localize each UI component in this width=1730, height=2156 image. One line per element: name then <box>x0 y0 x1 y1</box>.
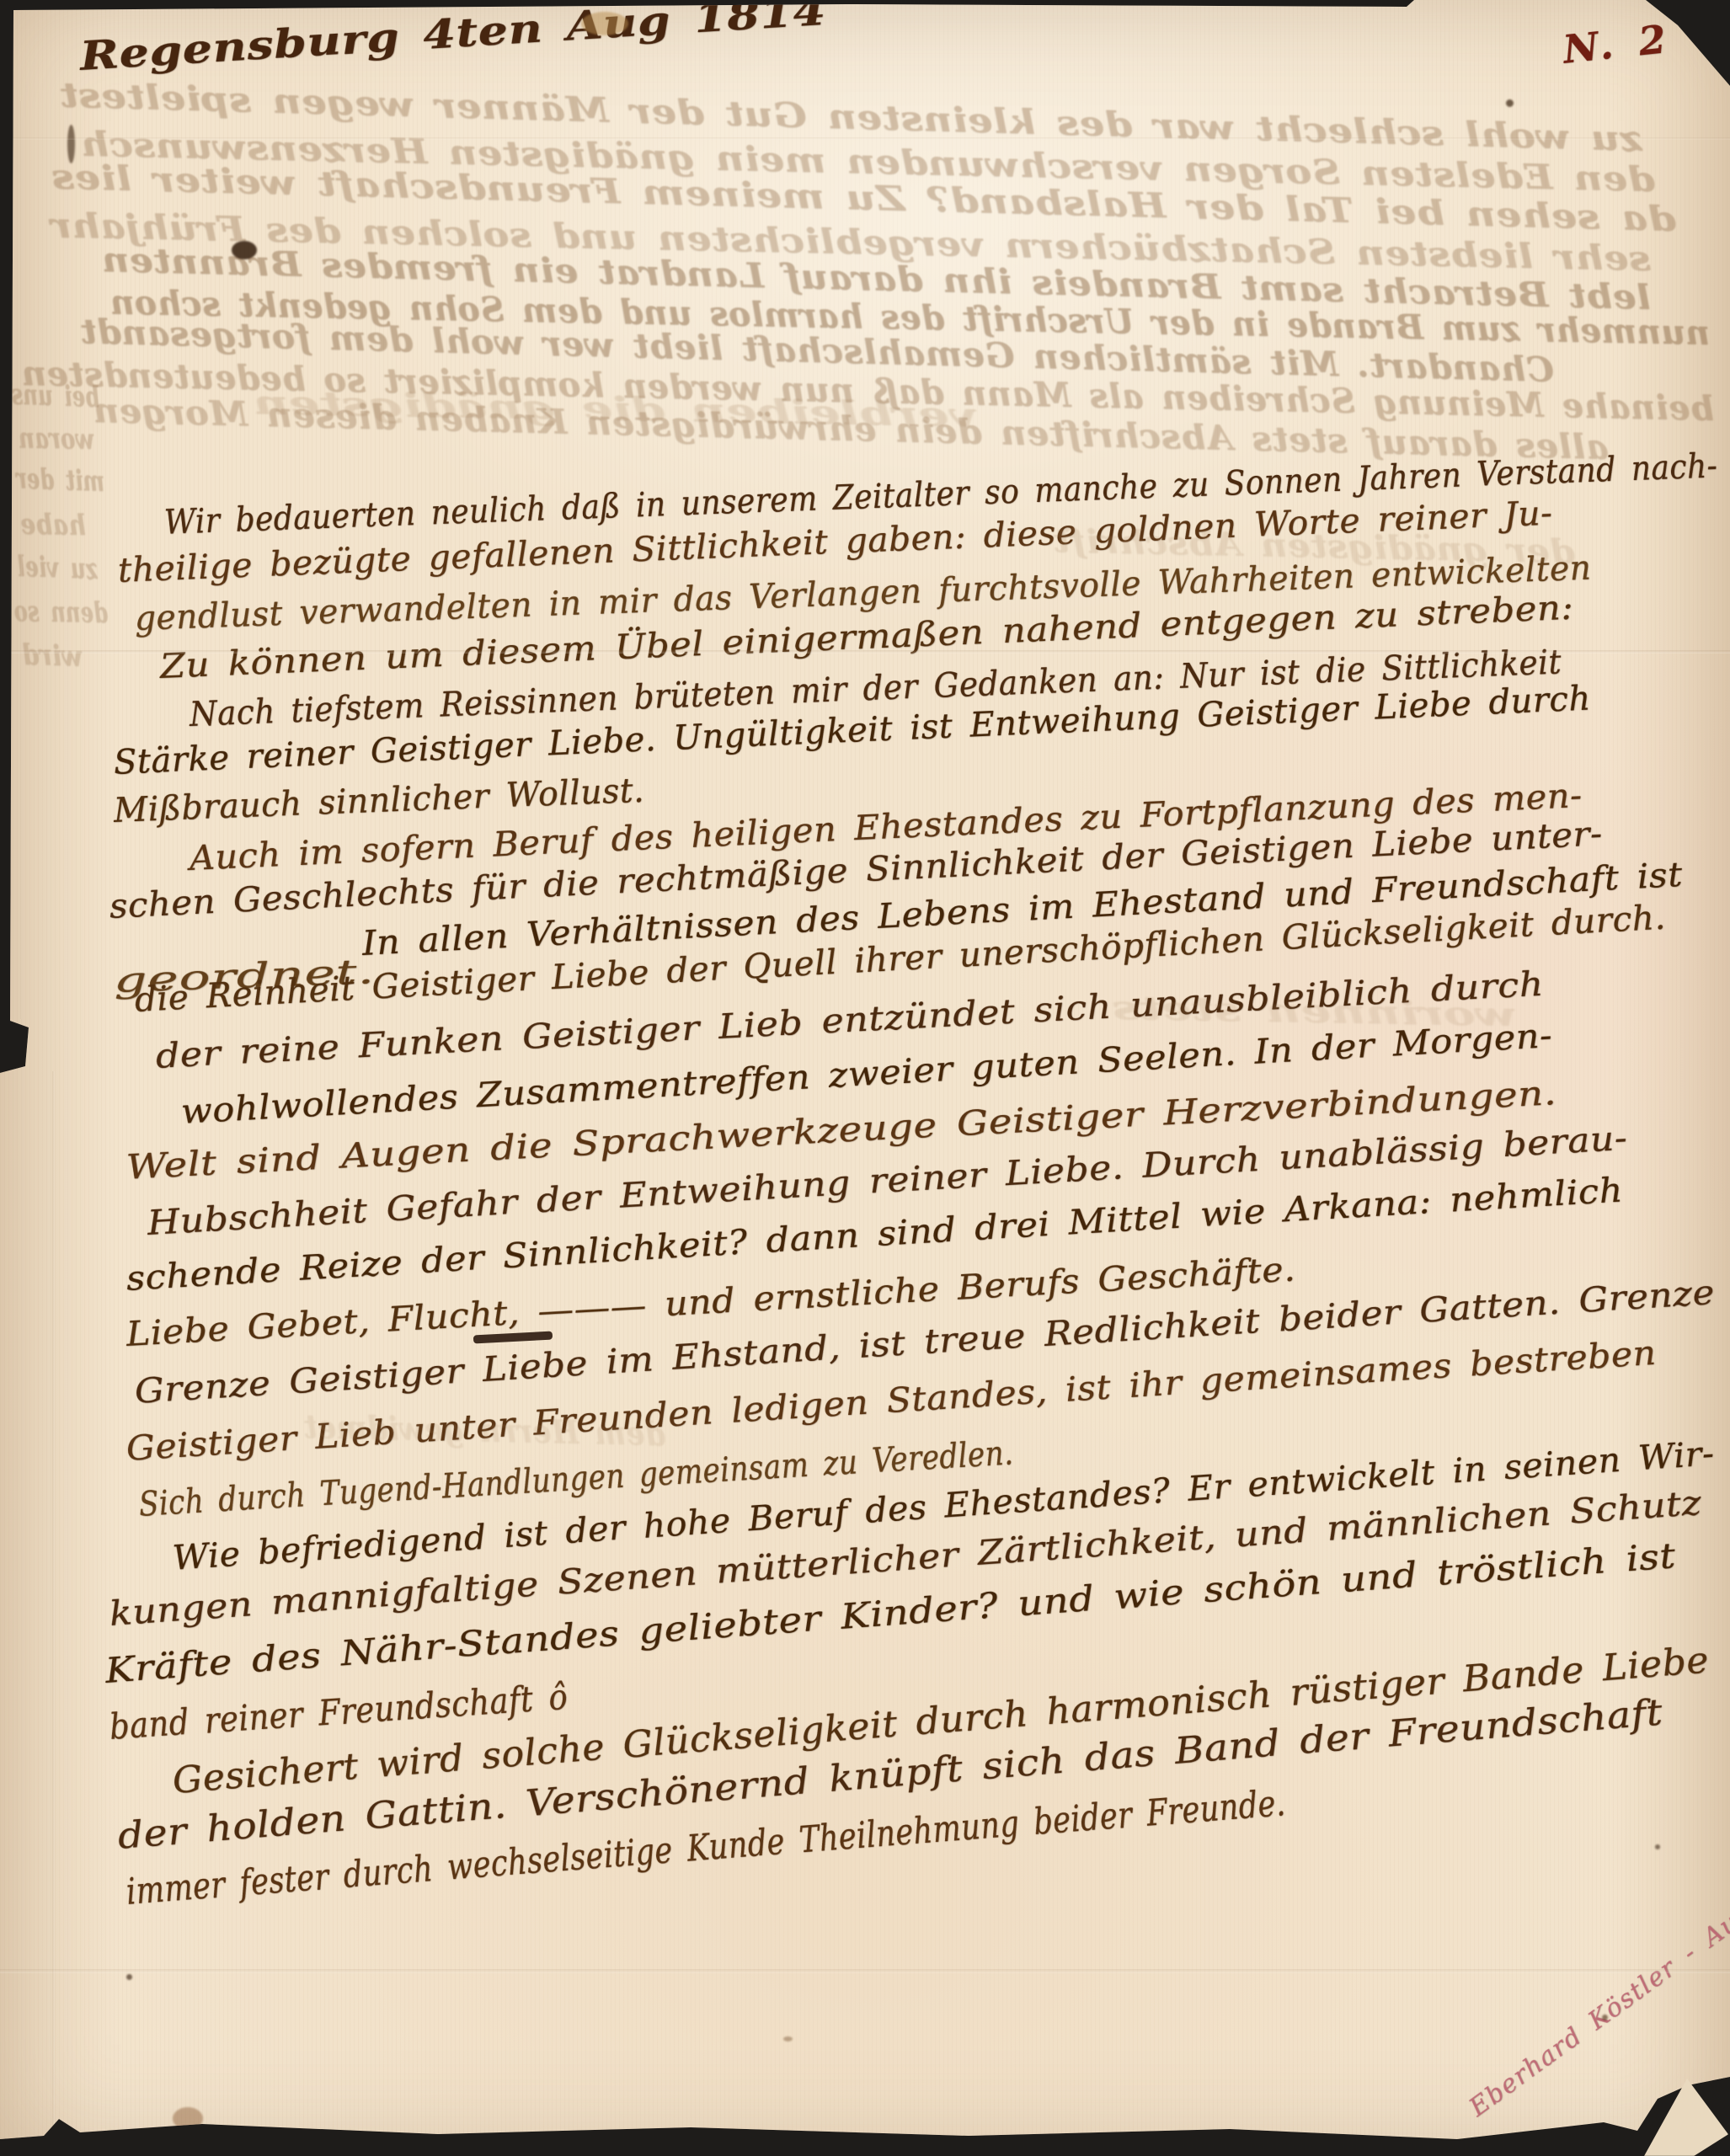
ink-blot-stain <box>783 2036 793 2041</box>
fold-crease <box>0 1969 1730 1973</box>
dealer-watermark: Eberhard Köstler - Autographen & Bücher <box>1464 1732 1730 2123</box>
fold-crease <box>0 650 1730 654</box>
ink-blot-stain <box>581 12 628 35</box>
showthrough-line: habe <box>20 508 87 542</box>
showthrough-line: wird <box>21 638 83 674</box>
fold-crease <box>52 1071 55 2156</box>
showthrough-line: dem Herrn gewidmet <box>303 1407 665 1453</box>
showthrough-line: woran <box>19 421 95 456</box>
ink-blot-stain <box>126 1974 132 1980</box>
ink-blot-stain <box>1506 99 1514 107</box>
ink-blot-stain <box>67 125 75 163</box>
ink-blot-stain <box>232 241 257 259</box>
showthrough-line: mit der <box>15 462 105 499</box>
ink-blot-stain <box>1602 2015 1608 2020</box>
ink-blot-stain <box>173 2107 203 2130</box>
showthrough-line: zu viel <box>17 550 99 586</box>
dateline: Regensburg 4ten Aug 1814 <box>78 0 827 80</box>
showthrough-line: bei uns <box>11 377 100 414</box>
manuscript-line: Mißbrauch sinnlicher Wollust. <box>113 771 645 830</box>
page-number: N. 2 <box>1561 16 1671 72</box>
manuscript-page: Regensburg 4ten Aug 1814 N. 2 Eberhard K… <box>0 0 1730 2156</box>
scan-background: { "document": { "kind": "handwritten let… <box>0 0 1730 2156</box>
showthrough-line: worinnen stets <box>1112 989 1517 1033</box>
fold-crease <box>0 137 1730 140</box>
showthrough-line: denn so <box>13 595 108 630</box>
fold-crease <box>20 101 22 1019</box>
ink-blot-stain <box>1655 1844 1660 1849</box>
